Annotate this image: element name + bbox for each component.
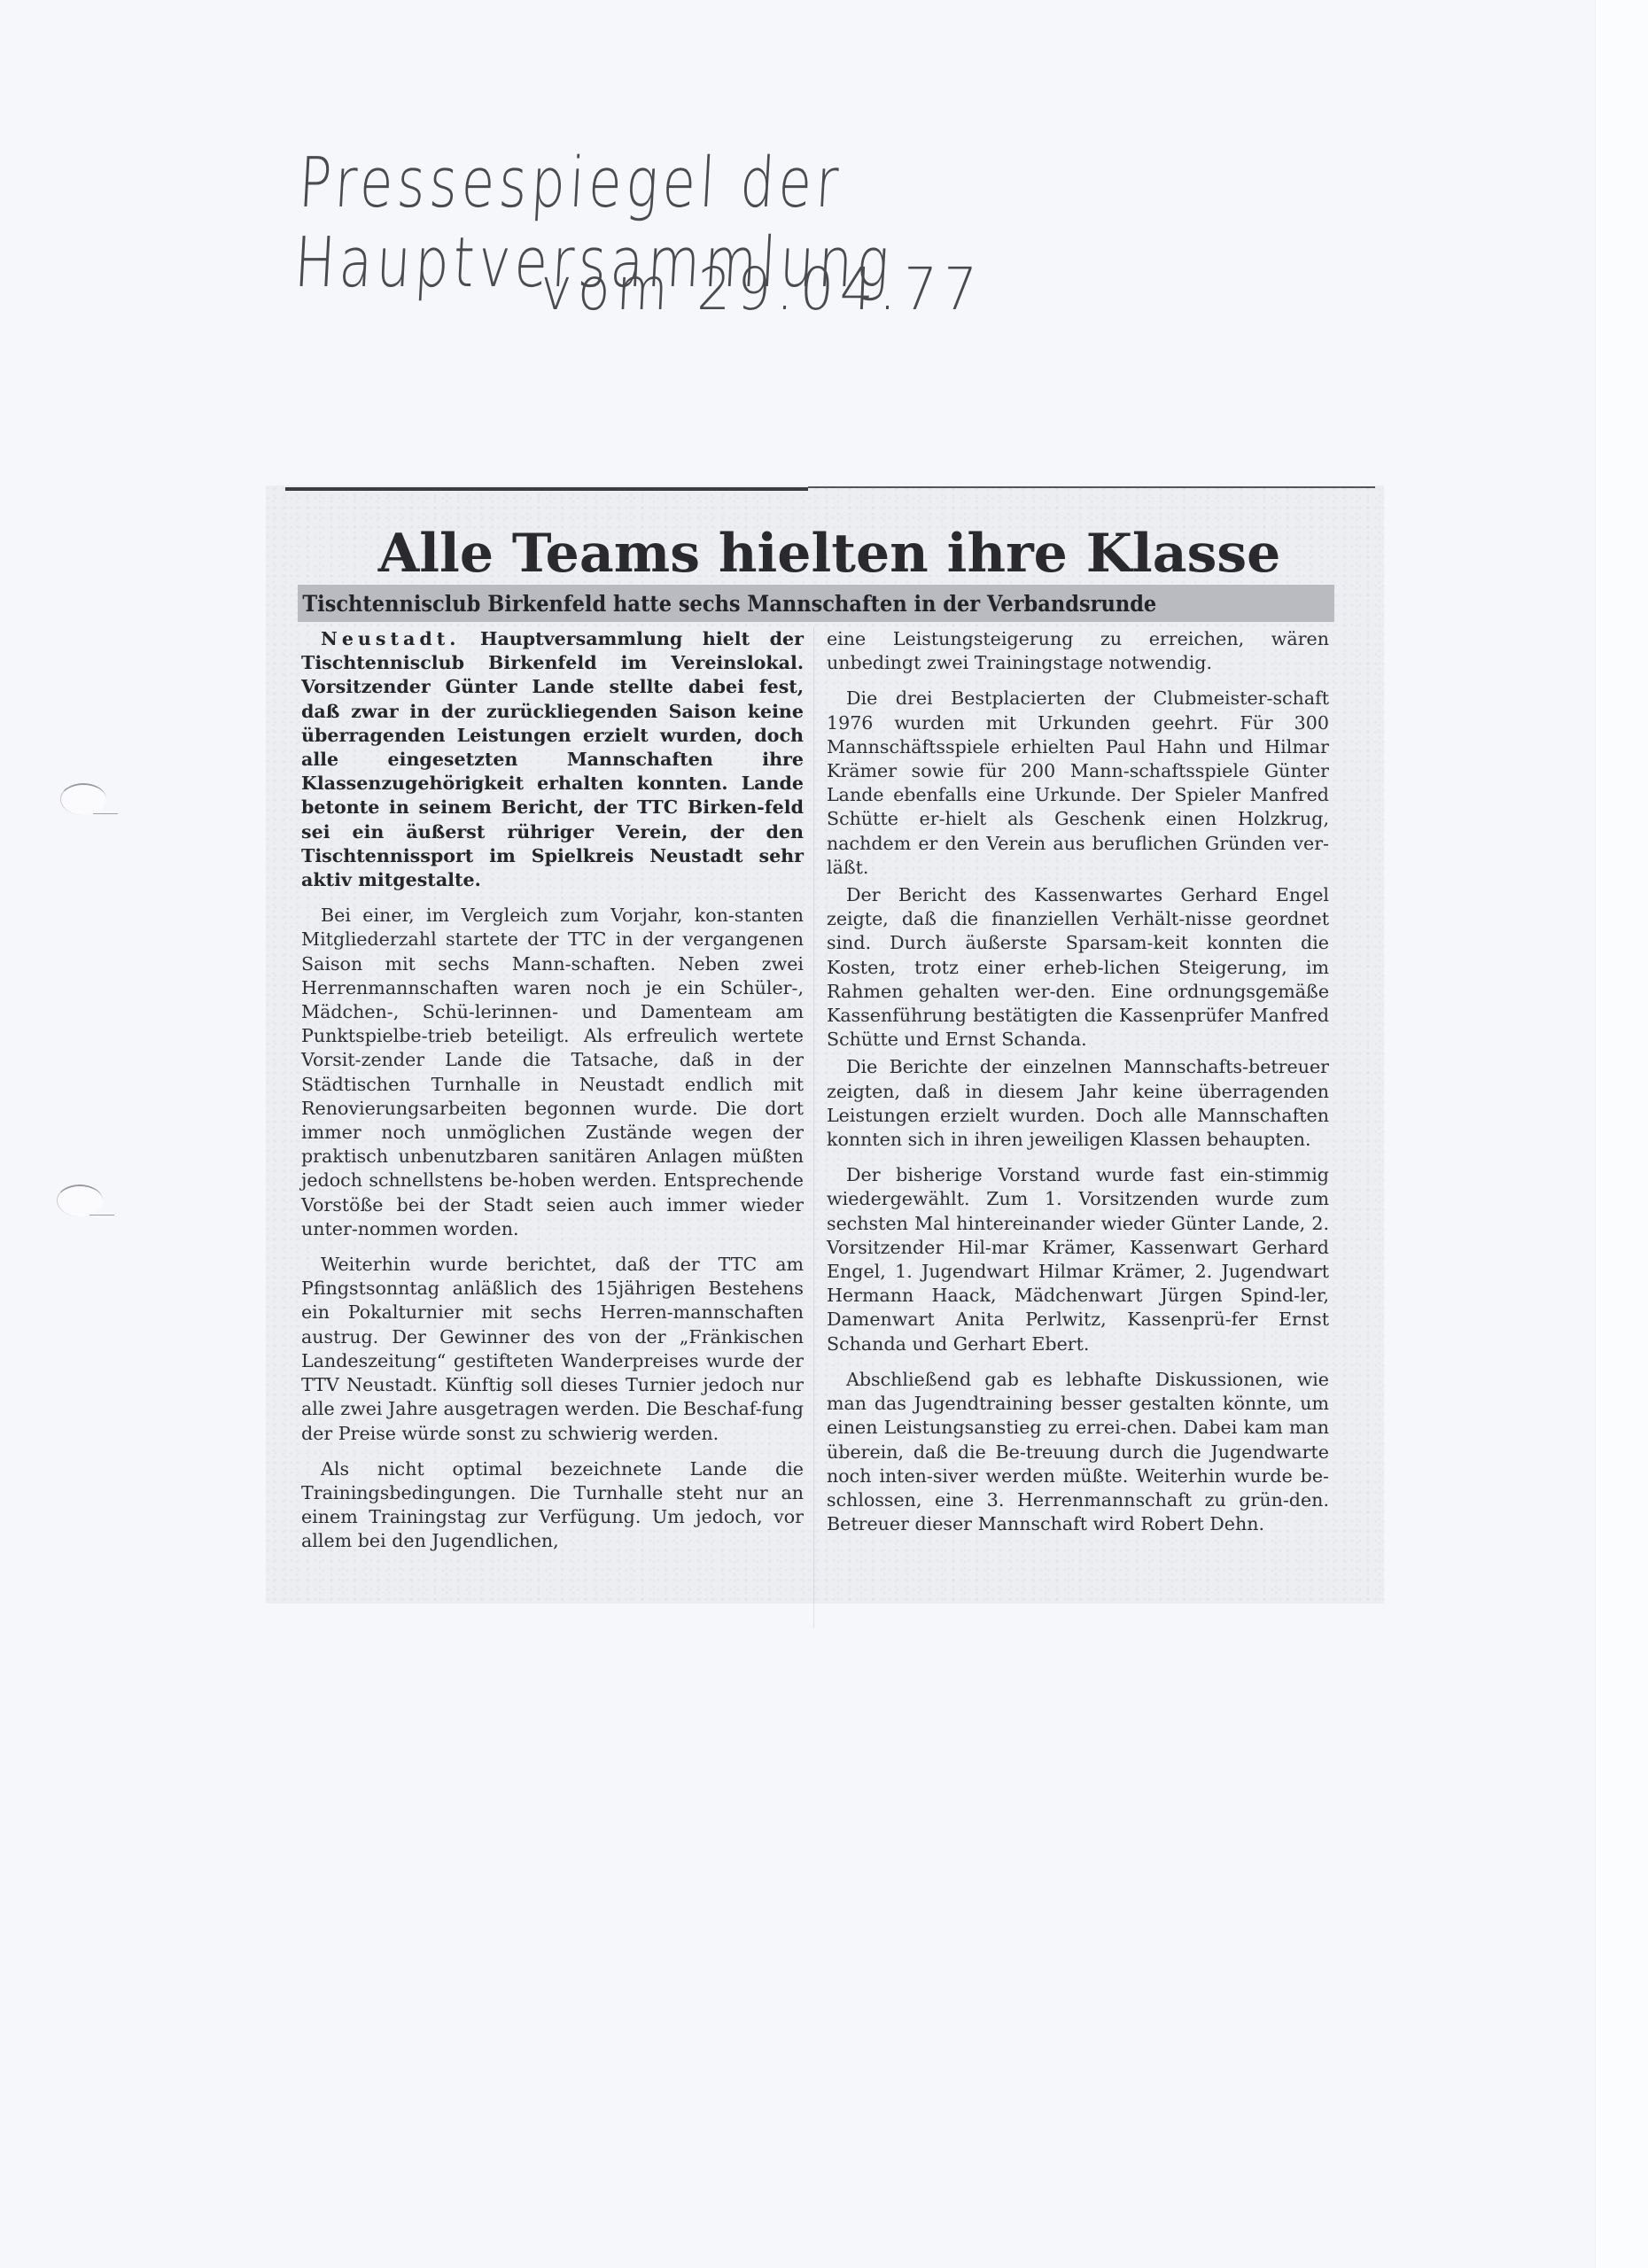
article-paragraph: Der Bericht des Kassenwartes Gerhard Eng… xyxy=(827,883,1329,1052)
paragraph-text: Hauptversammlung hielt der Tischtenniscl… xyxy=(301,628,804,890)
rule-thick xyxy=(285,487,808,491)
article-paragraph: Bei einer, im Vergleich zum Vorjahr, kon… xyxy=(301,904,804,1241)
column-divider xyxy=(813,627,814,1628)
article-paragraph: Abschließend gab es lebhafte Diskussione… xyxy=(827,1368,1329,1536)
article-headline: Alle Teams hielten ihre Klasse xyxy=(266,523,1384,585)
handwritten-date: vom 29.04.77 xyxy=(539,255,984,323)
page-edge-strip xyxy=(1595,0,1648,2268)
article-paragraph: Neustadt. Hauptversammlung hielt der Tis… xyxy=(301,627,804,892)
article-paragraph: Die drei Bestplacierten der Clubmeister-… xyxy=(827,687,1329,880)
rule-thin xyxy=(808,486,1375,488)
article-column-right: eine Leistungsteigerung zu erreichen, wä… xyxy=(827,627,1329,1548)
article-column-left: Neustadt. Hauptversammlung hielt der Tis… xyxy=(301,627,804,1565)
article-dateline: Neustadt. xyxy=(321,628,460,649)
article-paragraph: eine Leistungsteigerung zu erreichen, wä… xyxy=(827,627,1329,675)
article-paragraph: Weiterhin wurde berichtet, daß der TTC a… xyxy=(301,1253,804,1446)
scanned-page: Pressespiegel der Hauptversammlung vom 2… xyxy=(0,0,1648,2268)
article-paragraph: Die Berichte der einzelnen Mannschafts-b… xyxy=(827,1055,1329,1152)
punch-hole-icon xyxy=(57,1184,103,1216)
punch-hole-icon xyxy=(60,783,106,815)
article-paragraph: Als nicht optimal bezeichnete Lande die … xyxy=(301,1457,804,1554)
article-subheadline: Tischtennisclub Birkenfeld hatte sechs M… xyxy=(298,591,1156,617)
clipping-top-rule xyxy=(285,485,1380,489)
article-subheadline-band: Tischtennisclub Birkenfeld hatte sechs M… xyxy=(298,585,1334,622)
newspaper-clipping: Alle Teams hielten ihre Klasse Tischtenn… xyxy=(266,485,1384,1604)
article-paragraph: Der bisherige Vorstand wurde fast ein-st… xyxy=(827,1163,1329,1356)
